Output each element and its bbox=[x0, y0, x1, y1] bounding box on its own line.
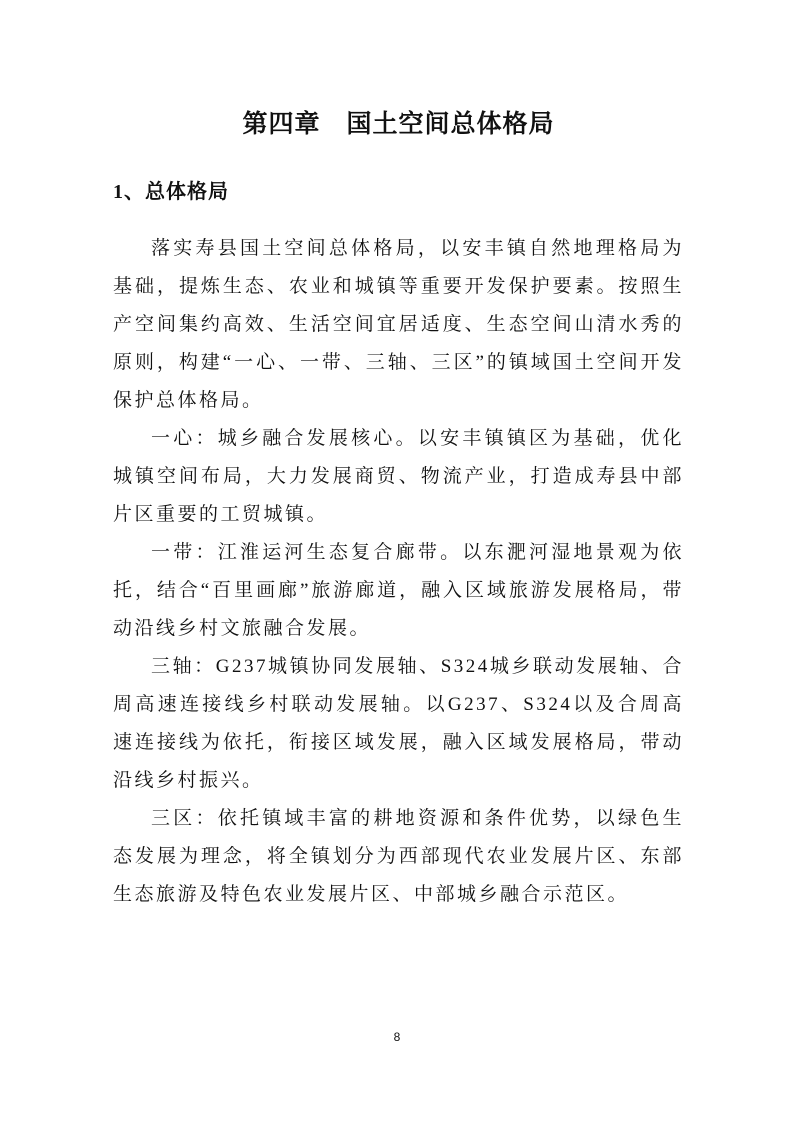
body-text: 落实寿县国土空间总体格局，以安丰镇自然地理格局为基础，提炼生态、农业和城镇等重要… bbox=[113, 230, 684, 914]
page-content: 第四章 国土空间总体格局 1、总体格局 落实寿县国土空间总体格局，以安丰镇自然地… bbox=[113, 0, 684, 914]
body-paragraph: 落实寿县国土空间总体格局，以安丰镇自然地理格局为基础，提炼生态、农业和城镇等重要… bbox=[113, 230, 684, 420]
chapter-title: 第四章 国土空间总体格局 bbox=[113, 0, 684, 142]
page-number: 8 bbox=[0, 1030, 794, 1044]
section-heading: 1、总体格局 bbox=[113, 180, 684, 204]
document-page: 第四章 国土空间总体格局 1、总体格局 落实寿县国土空间总体格局，以安丰镇自然地… bbox=[0, 0, 794, 1122]
body-paragraph: 一心：城乡融合发展核心。以安丰镇镇区为基础，优化城镇空间布局，大力发展商贸、物流… bbox=[113, 420, 684, 534]
body-paragraph: 三区：依托镇域丰富的耕地资源和条件优势，以绿色生态发展为理念，将全镇划分为西部现… bbox=[113, 800, 684, 914]
body-paragraph: 一带：江淮运河生态复合廊带。以东淝河湿地景观为依托，结合“百里画廊”旅游廊道，融… bbox=[113, 534, 684, 648]
body-paragraph: 三轴：G237城镇协同发展轴、S324城乡联动发展轴、合周高速连接线乡村联动发展… bbox=[113, 648, 684, 800]
